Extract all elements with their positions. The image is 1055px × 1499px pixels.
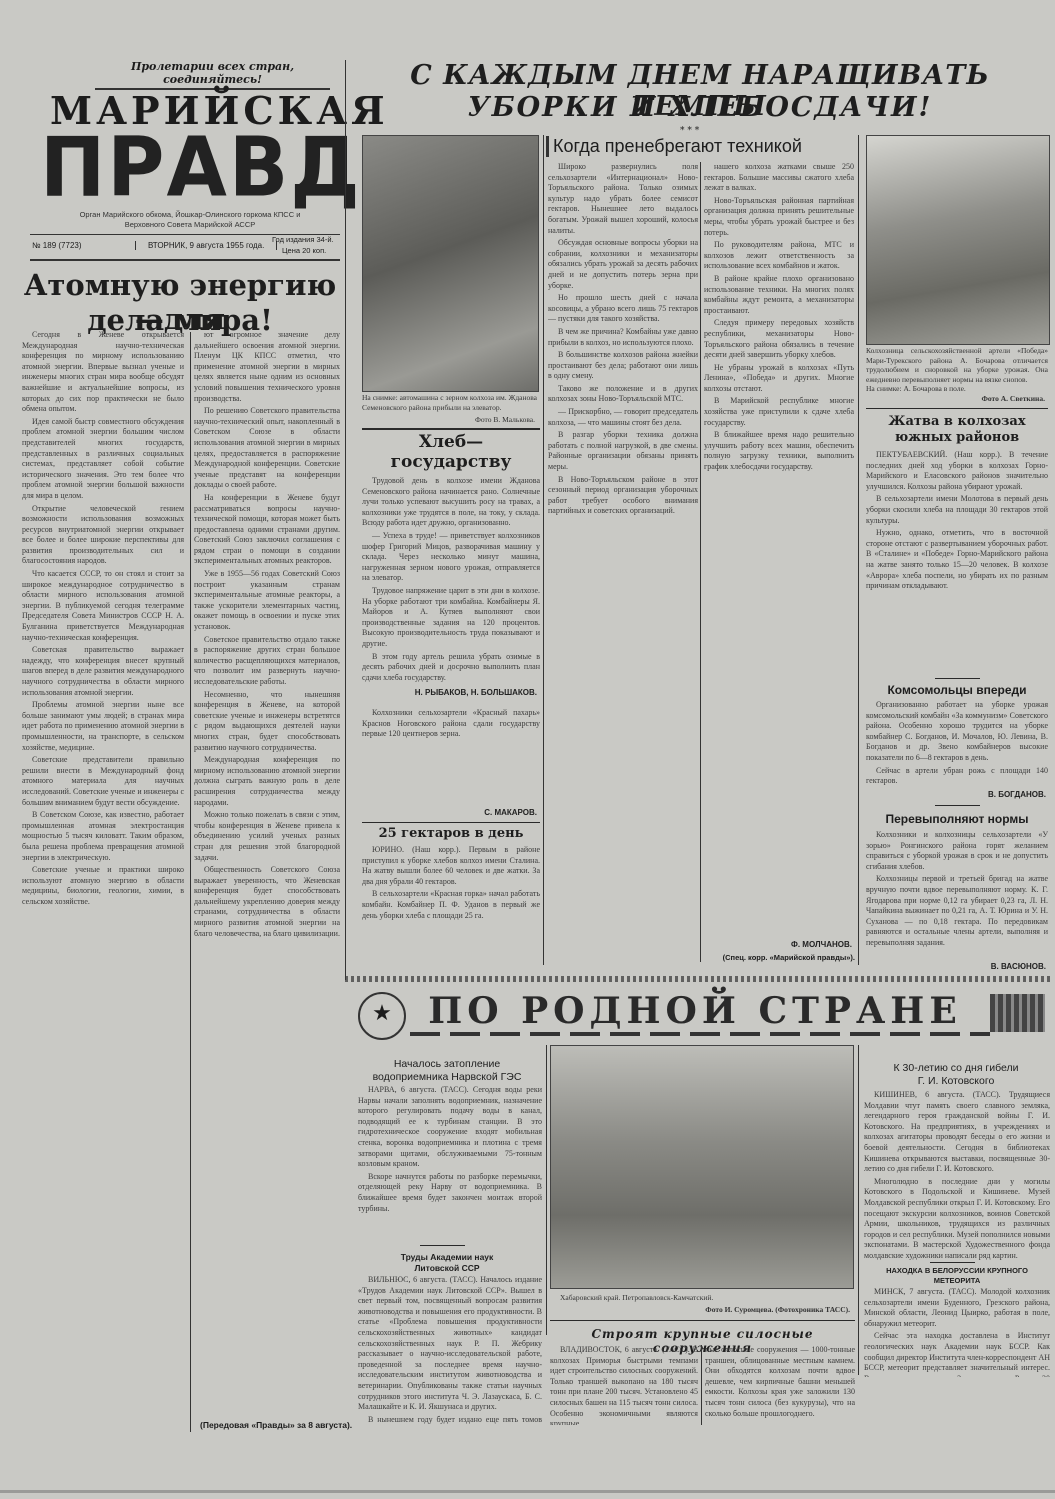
grain-signature: Н. РЫБАКОВ, Н. БОЛЬШАКОВ.	[362, 688, 537, 697]
star-hammer-sickle-icon: ★	[358, 992, 406, 1040]
kotovsky-headline-line1: К 30-летию со дня гибели	[862, 1062, 1050, 1074]
komsomol-headline: Комсомольцы впереди	[866, 683, 1048, 697]
slogan: Пролетарии всех стран, соединяйтесь!	[95, 60, 330, 90]
article-25ha-headline: 25 гектаров в день	[362, 826, 540, 841]
academy-headline-line1: Труды Академии наук	[352, 1252, 542, 1262]
title-main: ПРАВДА	[40, 126, 340, 210]
photo-kamchatka-harbor	[550, 1045, 854, 1289]
organ-line: Орган Марийского обкома, Йошкар-Олинског…	[60, 210, 320, 230]
grain-headline-line1: Хлеб—	[362, 432, 540, 452]
photo-farmer-credit: Фото А. Светкина.	[940, 394, 1045, 404]
technique-source: (Спец. корр. «Марийской правды»).	[700, 953, 855, 962]
technique-signature: Ф. МОЛЧАНОВ.	[704, 940, 852, 949]
narva-headline-line2: водоприемника Нарвской ГЭС	[352, 1071, 542, 1083]
issue-number: № 189 (7723)	[32, 241, 82, 250]
section-banner-title: ПО РОДНОЙ СТРАНЕ	[415, 990, 975, 1032]
photo-farmer-woman	[866, 135, 1050, 345]
narva-headline-line1: Началось затопление	[352, 1058, 542, 1070]
photo-farmer-caption2: На снимке: А. Бочарова в поле.	[866, 384, 1048, 394]
photo-elevator-trucks	[362, 135, 539, 392]
photo-kamchatka-caption: Хабаровский край. Петропавловск-Камчатск…	[560, 1293, 850, 1303]
academy-body: ВИЛЬНЮС, 6 августа. (ТАСС). Началось изд…	[358, 1275, 542, 1425]
article-25ha-body: ЮРИНО. (Наш корр.). Первым в районе прис…	[362, 845, 540, 960]
academy-headline-line2: Литовской ССР	[352, 1263, 542, 1273]
grain-signature2: С. МАКАРОВ.	[362, 808, 537, 817]
issue-date: ВТОРНИК, 9 августа 1955 года.	[135, 241, 277, 250]
silo-col2: ные силосные сооружения — 1000-тонные тр…	[705, 1345, 855, 1425]
lead-article-source: (Передовая «Правды» за 8 августа).	[200, 1420, 352, 1430]
south-headline-line1: Жатва в колхозах	[866, 414, 1048, 429]
norms-signature: В. ВАСЮНОВ.	[866, 962, 1046, 971]
technique-headline: Когда пренебрегают техникой	[546, 136, 861, 157]
meteorite-body: МИНСК, 7 августа. (ТАСС). Молодой колхоз…	[864, 1287, 1050, 1377]
technique-col1: Широко развернулись поля сельхозартели «…	[548, 162, 698, 952]
issue-bar: № 189 (7723) ВТОРНИК, 9 августа 1955 год…	[30, 234, 340, 261]
narva-body: НАРВА, 6 августа. (ТАСС). Сегодня воды р…	[358, 1085, 542, 1240]
masthead: Пролетарии всех стран, соединяйтесь! МАР…	[0, 0, 340, 270]
lead-article-col1: Сегодня в Женеве открывается Международн…	[22, 330, 184, 1440]
south-body: ПЕКТУБАЕВСКИЙ. (Наш корр.). В течение по…	[866, 450, 1048, 675]
photo-elevator-credit: Фото В. Малькова.	[440, 415, 535, 425]
grain-headline-line2: государству	[362, 452, 540, 472]
photo-farmer-caption: Колхозница сельскохозяйственной артели «…	[866, 346, 1048, 384]
year-of-publication: Год издания 34-й.	[272, 235, 334, 244]
south-headline-line2: южных районов	[866, 430, 1048, 445]
grain-note: Колхозники сельхозартели «Красный пахарь…	[362, 708, 540, 798]
norms-headline: Перевыполняют нормы	[866, 812, 1048, 826]
lead-article-col2: ют огромное значение делу дальнейшего ос…	[194, 330, 340, 1420]
meteorite-headline: НАХОДКА В БЕЛОРУССИИ КРУПНОГО МЕТЕОРИТА	[864, 1266, 1050, 1285]
photo-kamchatka-credit: Фото И. Суромцева. (Фотохроника ТАСС).	[640, 1305, 850, 1315]
industry-skyline-icon	[990, 994, 1045, 1032]
grain-article-body: Трудовой день в колхозе имени Жданова Се…	[362, 476, 540, 686]
section-banner: ★ ПО РОДНОЙ СТРАНЕ	[350, 988, 1050, 1038]
banner-headline-line2: УБОРКИ И ХЛЕБОСДАЧИ!	[355, 92, 1045, 123]
norms-body: Колхозники и колхозницы сельхозартели «У…	[866, 830, 1048, 960]
price: Цена 20 коп.	[282, 246, 326, 255]
kotovsky-body: КИШИНЕВ, 6 августа. (ТАСС). Трудящиеся М…	[864, 1090, 1050, 1260]
komsomol-signature: В. БОГДАНОВ.	[866, 790, 1046, 799]
silo-col1: ВЛАДИВОСТОК, 6 августа. (ТАСС). В колхоз…	[550, 1345, 698, 1425]
photo-elevator-caption: На снимке: автомашина с зерном колхоза и…	[362, 393, 537, 412]
komsomol-body: Организованно работает на уборке урожая …	[866, 700, 1048, 788]
banner-stars: * * *	[680, 126, 699, 136]
kotovsky-headline-line2: Г. И. Котовского	[862, 1075, 1050, 1087]
technique-col2: нашего колхоза жатками свыше 250 гектаро…	[704, 162, 854, 932]
